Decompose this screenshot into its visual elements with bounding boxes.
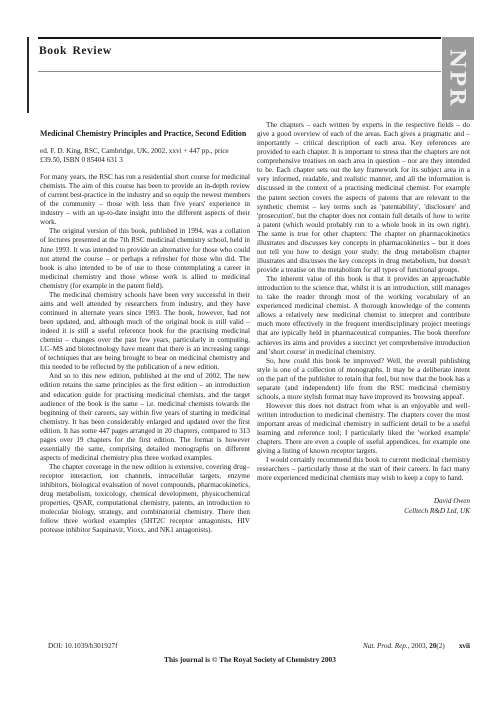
reviewer-signoff: David Owen Celltech R&D Ltd, UK — [257, 496, 470, 517]
doi-text: DOI: 10.1039/b301927f — [48, 642, 117, 650]
journal-reference: Nat. Prod. Rep., 2003, 20(2)xvii — [363, 642, 470, 650]
paragraph: I would certainly recommend this book to… — [257, 456, 470, 483]
paragraph: The medicinal chemistry schools have bee… — [40, 291, 250, 373]
journal-logo-text: NPR — [448, 49, 469, 107]
reviewer-affiliation: Celltech R&D Ltd, UK — [257, 506, 470, 516]
journal-name: Nat. Prod. Rep. — [363, 642, 408, 650]
paragraph: So, how could this book be improved? Wel… — [257, 357, 470, 402]
paragraph: The chapter coverage in the new edition … — [40, 463, 250, 536]
journal-issue: (2) — [436, 642, 444, 650]
reviewer-name: David Owen — [257, 496, 470, 506]
page-title: Book Review — [39, 45, 112, 57]
book-citation: ed. F. D. King, RSC, Cambridge, UK, 2002… — [40, 147, 250, 165]
journal-ref-mid: , 2003, — [408, 642, 430, 650]
left-margin-mark — [27, 37, 29, 113]
copyright-line: This journal is © The Royal Society of C… — [0, 655, 500, 664]
right-column: The chapters – each written by experts i… — [257, 121, 470, 516]
journal-page: Book Review NPR Medicinal Chemistry Prin… — [0, 0, 500, 702]
page-number: xvii — [459, 642, 470, 650]
journal-logo: NPR — [442, 37, 474, 120]
paragraph: The original version of this book, publi… — [40, 227, 250, 290]
paragraph: For many years, the RSC has run a reside… — [40, 173, 250, 227]
paragraph: The inherent value of this book is that … — [257, 275, 470, 357]
paragraph: The chapters – each written by experts i… — [257, 121, 470, 275]
book-title: Medicinal Chemistry Principles and Pract… — [40, 129, 250, 140]
header-rule-thin — [38, 71, 441, 72]
paragraph: And so to this new edition, published at… — [40, 372, 250, 463]
paragraph: However this does not distract from what… — [257, 402, 470, 456]
left-column: Medicinal Chemistry Principles and Pract… — [40, 129, 250, 536]
header-rule-thick — [38, 37, 441, 39]
